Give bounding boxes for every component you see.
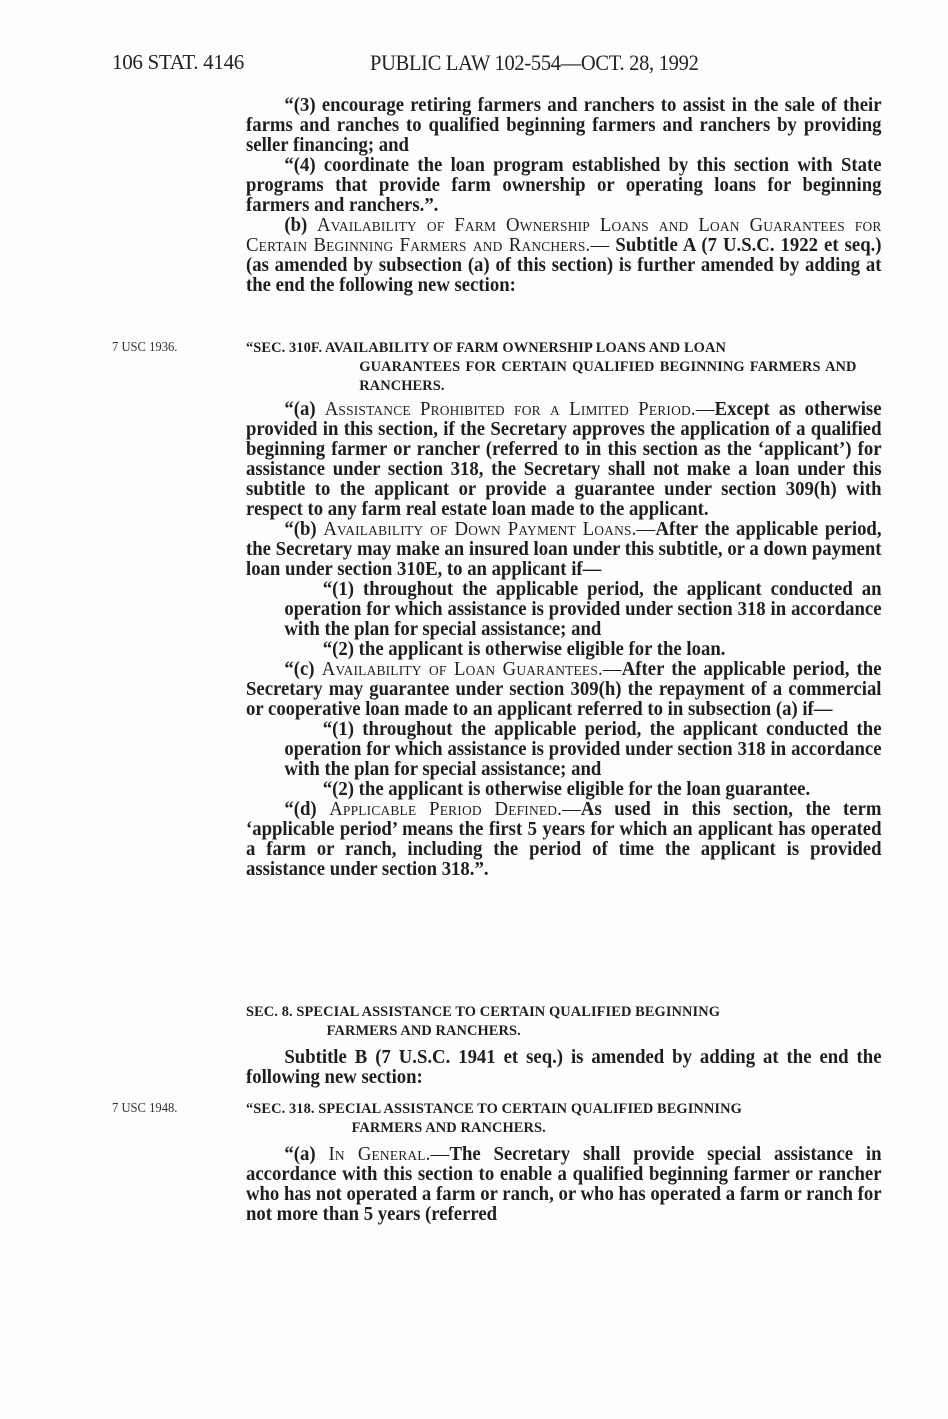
subsection-d-heading: Applicable Period Defined.— xyxy=(329,799,581,820)
section-8-title: SEC. 8. SPECIAL ASSISTANCE TO CERTAIN QU… xyxy=(246,1003,857,1041)
running-head: 106 STAT. 4146 PUBLIC LAW 102-554—OCT. 2… xyxy=(112,50,872,80)
subsection-b-para-1: “(1) throughout the applicable period, t… xyxy=(246,580,882,640)
section-310f-title-rest: GUARANTEES FOR CERTAIN QUALIFIED BEGINNI… xyxy=(246,358,857,396)
subsection-b-heading: Availability of Down Payment Loans.— xyxy=(323,519,655,540)
subsection-b-para-2: “(2) the applicant is otherwise eligible… xyxy=(246,640,882,660)
paragraph-4: “(4) coordinate the loan program establi… xyxy=(246,156,882,216)
subsection-c-guarantees: “(c) Availability of Loan Guarantees.—Af… xyxy=(246,660,882,720)
subsection-d-label: “(d) xyxy=(284,799,316,820)
subsection-b-label: (b) xyxy=(284,215,307,236)
subsection-c-para-1: “(1) throughout the applicable period, t… xyxy=(246,720,882,780)
subsection-a-heading: Assistance Prohibited for a Limited Peri… xyxy=(325,399,715,420)
law-citation: PUBLIC LAW 102-554—OCT. 28, 1992 xyxy=(370,50,699,76)
subsection-a-heading: In General.— xyxy=(328,1144,449,1165)
section-8-title-rest: FARMERS AND RANCHERS. xyxy=(246,1022,857,1041)
section-8-body: Subtitle B (7 U.S.C. 1941 et seq.) is am… xyxy=(246,1048,882,1088)
section-318-heading: “SEC. 318. SPECIAL ASSISTANCE TO CERTAIN… xyxy=(246,1100,882,1138)
subsection-b-down-payment: “(b) Availability of Down Payment Loans.… xyxy=(246,520,882,580)
subsection-d-defined: “(d) Applicable Period Defined.—As used … xyxy=(246,800,882,880)
subsection-b: (b) Availability of Farm Ownership Loans… xyxy=(246,216,882,296)
margin-note-usc-1936: 7 USC 1936. xyxy=(112,340,177,356)
section-318-title: “SEC. 318. SPECIAL ASSISTANCE TO CERTAIN… xyxy=(246,1100,857,1138)
stat-page-number: 106 STAT. 4146 xyxy=(112,50,244,75)
subsection-a-prohibited: “(a) Assistance Prohibited for a Limited… xyxy=(246,400,882,520)
section-318-title-line1: “SEC. 318. SPECIAL ASSISTANCE TO CERTAIN… xyxy=(246,1101,742,1117)
section-318-body: “(a) In General.—The Secretary shall pro… xyxy=(246,1145,882,1225)
section-8-title-line1: SEC. 8. SPECIAL ASSISTANCE TO CERTAIN QU… xyxy=(246,1004,720,1020)
section-310f-heading: “SEC. 310F. AVAILABILITY OF FARM OWNERSH… xyxy=(246,339,882,396)
subsection-c-label: “(c) xyxy=(284,659,314,680)
paragraph-3: “(3) encourage retiring farmers and ranc… xyxy=(246,96,882,156)
statute-page: 106 STAT. 4146 PUBLIC LAW 102-554—OCT. 2… xyxy=(0,0,948,1419)
subsection-c-para-2: “(2) the applicant is otherwise eligible… xyxy=(246,780,882,800)
section-8-heading: SEC. 8. SPECIAL ASSISTANCE TO CERTAIN QU… xyxy=(246,1003,882,1041)
subsection-b-label: “(b) xyxy=(284,519,316,540)
section-310f-body: “(a) Assistance Prohibited for a Limited… xyxy=(246,400,882,880)
section-318-title-rest: FARMERS AND RANCHERS. xyxy=(246,1119,857,1138)
section-310f-title: “SEC. 310F. AVAILABILITY OF FARM OWNERSH… xyxy=(246,339,857,396)
subsection-a-label: “(a) xyxy=(284,1144,315,1165)
section-310f-title-line1: “SEC. 310F. AVAILABILITY OF FARM OWNERSH… xyxy=(246,340,726,356)
subtitle-b-amendment: Subtitle B (7 U.S.C. 1941 et seq.) is am… xyxy=(246,1048,882,1088)
margin-note-usc-1948: 7 USC 1948. xyxy=(112,1101,177,1117)
amendment-block-1: “(3) encourage retiring farmers and ranc… xyxy=(246,96,882,296)
subsection-a-label: “(a) xyxy=(284,399,315,420)
subsection-c-heading: Availability of Loan Guarantees.— xyxy=(322,659,622,680)
subsection-a-in-general: “(a) In General.—The Secretary shall pro… xyxy=(246,1145,882,1225)
